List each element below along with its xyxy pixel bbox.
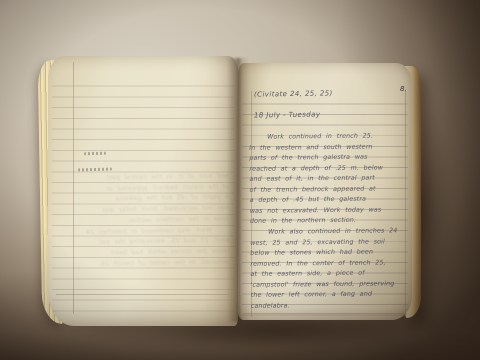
handwritten-line: removed. In the center of trench 25, (99, 258, 231, 267)
handwritten-line: Work also continued in trenches 24 (86, 226, 212, 235)
handwritten-line: reached at a depth of .25 m. below (249, 164, 383, 172)
page-number: 8. (400, 85, 407, 93)
handwritten-line: the lower left corner, a fang and (251, 291, 372, 299)
handwritten-line: below the stones which had been (111, 247, 230, 256)
binding-gutter (227, 58, 249, 322)
photo-open-notebook: and east of it, in the central partof th… (0, 0, 480, 360)
right-page: 8. (Civitate 24, 25, 25) 18 July - Tuesd… (238, 63, 412, 320)
handwritten-line: done in the northern section. (126, 215, 229, 224)
handwritten-line: of the trench bedrock appeared at (106, 183, 229, 192)
handwritten-line: was not excavated. Work today was (250, 206, 381, 214)
faint-pencil-note (84, 152, 106, 156)
handwritten-line: a depth of .45 but the galestra (250, 196, 366, 204)
handwritten-line: and east of it, in the central part (249, 175, 374, 183)
handwritten-line: was not excavated. Work today was (102, 205, 230, 214)
journal-entry-text: Work continued in trench 25.In the weste… (249, 132, 411, 318)
handwritten-line: candelabra. (251, 302, 290, 309)
handwritten-line: and east of it, in the central part (107, 173, 229, 182)
handwritten-line: below the stones which had been (250, 249, 373, 257)
handwritten-line: removed. In the center of trench 25, (250, 259, 385, 267)
handwritten-line: done in the northern section. (250, 217, 356, 225)
handwritten-line: west, 25 and 25, excavating the soil (250, 238, 385, 246)
handwritten-line: Work also continued in trenches 24 (268, 227, 397, 235)
left-page: and east of it, in the central partof th… (48, 56, 238, 326)
handwritten-line: 'campstool' frieze was found, preserving (251, 280, 395, 289)
handwritten-line: at the eastern side, a piece of (250, 270, 364, 278)
handwritten-line: Work continued in trench 25. (267, 133, 373, 141)
handwritten-line: parts of the trench galestra was (249, 154, 367, 162)
handwritten-line: In the western and south western (249, 143, 372, 151)
journal-date-line: 18 July - Tuesday (254, 111, 320, 120)
handwritten-line: of the trench bedrock appeared at (250, 185, 376, 193)
handwritten-line: a depth of .45 but the galestra (116, 194, 229, 203)
handwritten-line: west, 25 and 25, excavating the soil (99, 237, 230, 246)
journal-heading: (Civitate 24, 25, 25) (254, 89, 333, 98)
ink-bleed-through: and east of it, in the central partof th… (57, 173, 231, 316)
